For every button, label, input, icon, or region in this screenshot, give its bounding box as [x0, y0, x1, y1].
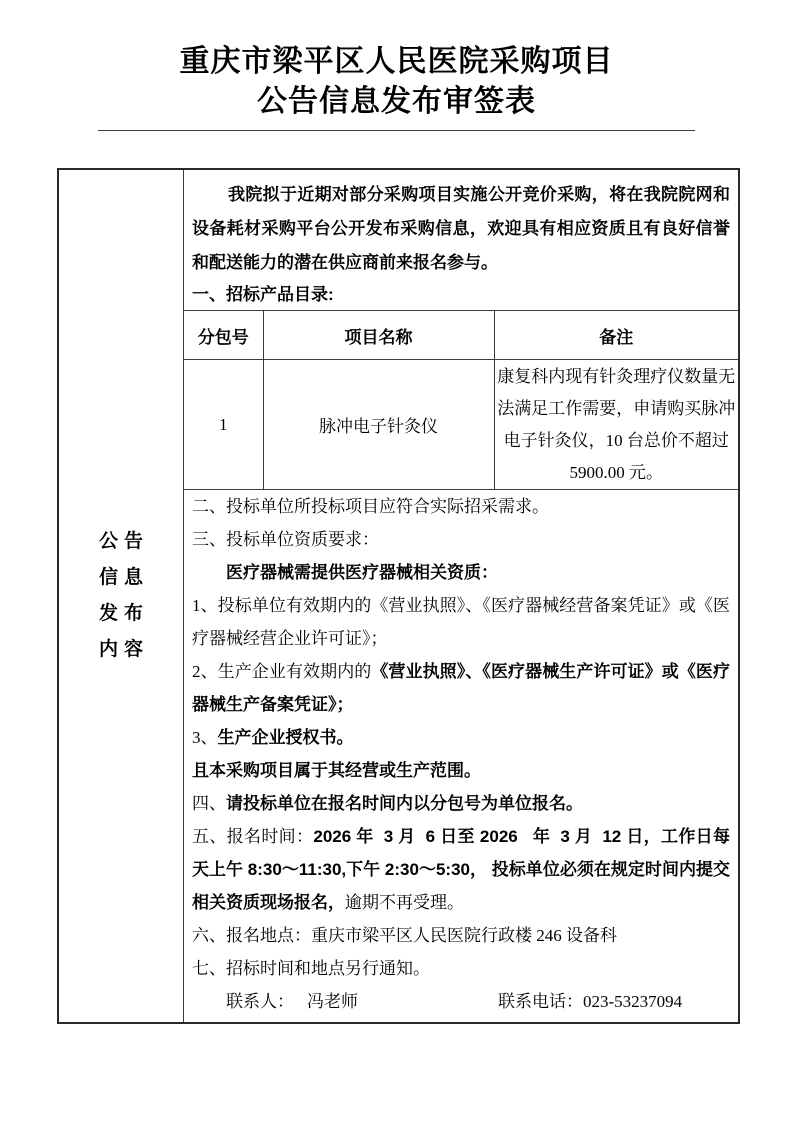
row-label-line-1: 公告 [99, 524, 149, 560]
requirement-1: 1、投标单位有效期内的《营业执照》、《医疗器械经营备案凭证》或《医疗器械经营企业… [192, 589, 730, 655]
row-label-line-2: 信息 [99, 560, 149, 596]
requirement-3: 3、生产企业授权书。 [192, 721, 730, 754]
catalog-header-row: 分包号 项目名称 备注 [184, 311, 738, 360]
announcement-content-cell: 我院拟于近期对部分采购项目实施公开竞价采购，将在我院院网和设备耗材采购平台公开发… [184, 170, 738, 1022]
row-label-line-3: 发布 [99, 596, 149, 632]
col-header-package-no: 分包号 [184, 311, 263, 360]
title-line-1: 重庆市梁平区人民医院采购项目 [0, 42, 793, 82]
item-2: 二、投标单位所投标项目应符合实际招采需求。 [192, 490, 730, 523]
intro-paragraph: 我院拟于近期对部分采购项目实施公开竞价采购，将在我院院网和设备耗材采购平台公开发… [192, 178, 730, 280]
item-7: 七、招标时间和地点另行通知。 [192, 952, 730, 985]
requirement-3-bold: 生产企业授权书。 [218, 728, 354, 747]
contact-person-label: 联系人： [226, 992, 294, 1011]
title-underline [98, 130, 695, 131]
contact-line: 联系人：冯老师联系电话：023-53237094 [192, 985, 730, 1018]
requirement-3-prefix: 3、 [192, 728, 218, 747]
document-page: 重庆市梁平区人民医院采购项目 公告信息发布审签表 公告 信息 发布 内容 我院拟… [0, 0, 793, 1122]
cell-package-no: 1 [184, 360, 263, 490]
row-label-line-4: 内容 [99, 632, 149, 668]
item-5-prefix: 五、报名时间： [192, 827, 313, 846]
cell-project-name: 脉冲电子针灸仪 [263, 360, 494, 490]
title-line-2: 公告信息发布审签表 [0, 82, 793, 122]
catalog-data-row: 1 脉冲电子针灸仪 康复科内现有针灸理疗仪数量无法满足工作需要，申请购买脉冲电子… [184, 360, 738, 490]
row-label-cell: 公告 信息 发布 内容 [59, 170, 184, 1022]
item-3: 三、投标单位资质要求： [192, 523, 730, 556]
contact-phone-label: 联系电话： [498, 992, 583, 1011]
scope-note: 且本采购项目属于其经营或生产范围。 [192, 754, 730, 787]
item-5: 五、报名时间：2026 年 3 月 6 日至 2026 年 3 月 12 日，工… [192, 820, 730, 919]
item-5-suffix: 逾期不再受理。 [345, 893, 464, 912]
product-catalog-table: 分包号 项目名称 备注 1 脉冲电子针灸仪 康复科内现有针灸理疗仪数量无法满足工… [184, 310, 738, 490]
requirement-2: 2、生产企业有效期内的《营业执照》、《医疗器械生产许可证》或《医疗器械生产备案凭… [192, 655, 730, 721]
col-header-project-name: 项目名称 [263, 311, 494, 360]
cell-remark: 康复科内现有针灸理疗仪数量无法满足工作需要，申请购买脉冲电子针灸仪，10 台总价… [494, 360, 738, 490]
item-4-bold: 请投标单位在报名时间内以分包号为单位报名。 [226, 794, 583, 813]
qualification-heading: 医疗器械需提供医疗器械相关资质： [192, 556, 730, 589]
contact-phone-number: 023-53237094 [583, 992, 682, 1011]
approval-form-table: 公告 信息 发布 内容 我院拟于近期对部分采购项目实施公开竞价采购，将在我院院网… [57, 168, 740, 1024]
catalog-heading: 一、招标产品目录: [192, 280, 730, 310]
requirement-2-prefix: 2、生产企业有效期内的 [192, 662, 371, 681]
document-title: 重庆市梁平区人民医院采购项目 公告信息发布审签表 [0, 0, 793, 122]
col-header-remark: 备注 [494, 311, 738, 360]
item-6: 六、报名地点：重庆市梁平区人民医院行政楼 246 设备科 [192, 919, 730, 952]
contact-person-name: 冯老师 [307, 992, 358, 1011]
item-4-prefix: 四、 [192, 794, 226, 813]
item-4: 四、请投标单位在报名时间内以分包号为单位报名。 [192, 787, 730, 820]
